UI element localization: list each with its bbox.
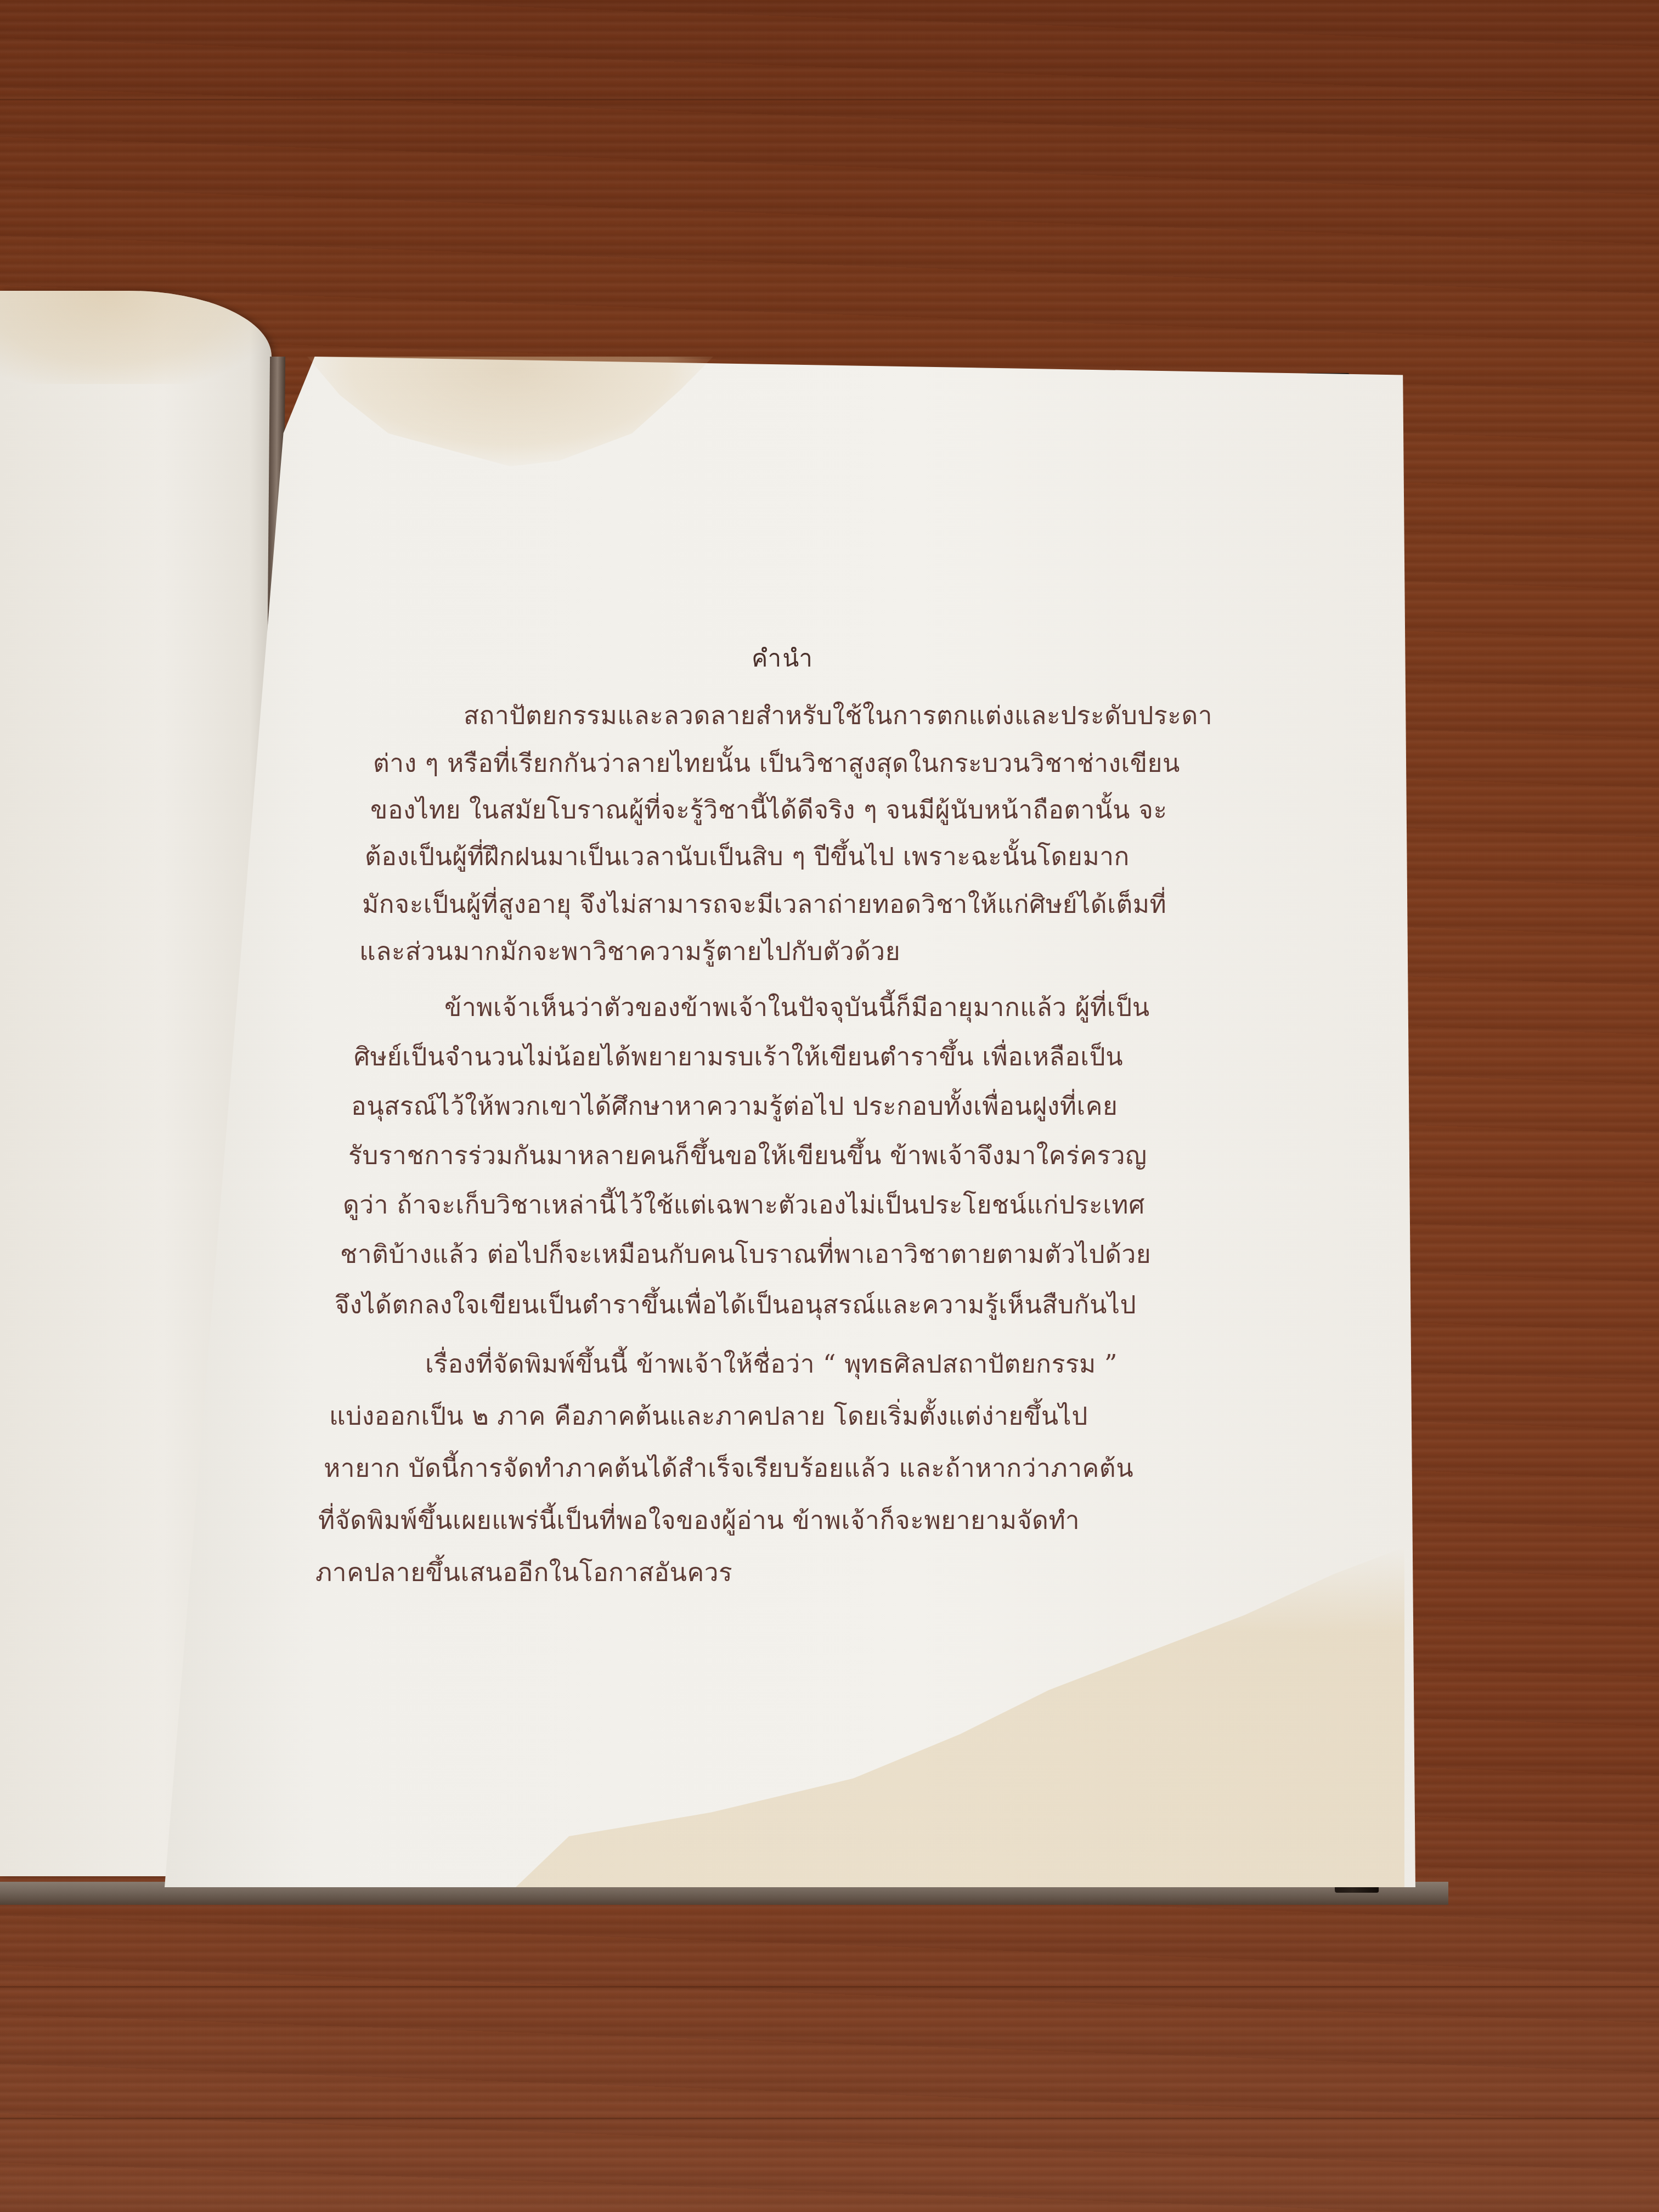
text-line: แบ่งออกเป็น ๒ ภาค คือภาคต้นและภาคปลาย โด… [329,1396,1088,1436]
text-line: มักจะเป็นผู้ที่สูงอายุ จึงไม่สามารถจะมีเ… [362,884,1166,924]
text-line: ต้องเป็นผู้ที่ฝึกฝนมาเป็นเวลานับเป็นสิบ … [365,837,1130,877]
text-line: จึงได้ตกลงใจเขียนเป็นตำราขึ้นเพื่อได้เป็… [335,1285,1136,1325]
text-line: ชาติบ้างแล้ว ต่อไปก็จะเหมือนกับคนโบราณที… [340,1234,1151,1274]
wood-grain-line [0,2118,1659,2119]
text-line: เรื่องที่จัดพิมพ์ขึ้นนี้ ข้าพเจ้าให้ชื่อ… [425,1344,1118,1384]
text-line: ดูว่า ถ้าจะเก็บวิชาเหล่านี้ไว้ใช้แต่เฉพา… [343,1185,1145,1225]
text-line: ที่จัดพิมพ์ขึ้นเผยแพร่นี้เป็นที่พอใจของผ… [318,1500,1080,1541]
text-line: ภาคปลายขึ้นเสนออีกในโอกาสอันควร [315,1553,732,1593]
text-line: และส่วนมากมักจะพาวิชาความรู้ตายไปกับตัวด… [359,932,900,972]
text-line: รับราชการร่วมกันมาหลายคนก็ขึ้นขอให้เขียน… [348,1136,1147,1176]
text-line: สถาปัตยกรรมและลวดลายสำหรับใช้ในการตกแต่ง… [464,696,1226,736]
text-line: หายาก บัดนี้การจัดทำภาคต้นได้สำเร็จเรียบ… [324,1448,1133,1488]
text-line: ของไทย ในสมัยโบราณผู้ที่จะรู้วิชานี้ได้ด… [370,790,1167,830]
page-title: คำนำ [752,639,814,678]
text-line: ศิษย์เป็นจำนวนไม่น้อยได้พยายามรบเร้าให้เ… [354,1037,1123,1077]
wood-grain-line [0,1986,1659,1988]
wood-grain-line [0,99,1659,100]
text-line: อนุสรณ์ไว้ให้พวกเขาได้ศึกษาหาความรู้ต่อไ… [351,1086,1118,1126]
text-line: ข้าพเจ้าเห็นว่าตัวของข้าพเจ้าในปัจจุบันน… [444,988,1150,1028]
water-stain [0,291,272,384]
text-line: ต่าง ๆ หรือที่เรียกกันว่าลายไทยนั้น เป็น… [373,743,1180,783]
